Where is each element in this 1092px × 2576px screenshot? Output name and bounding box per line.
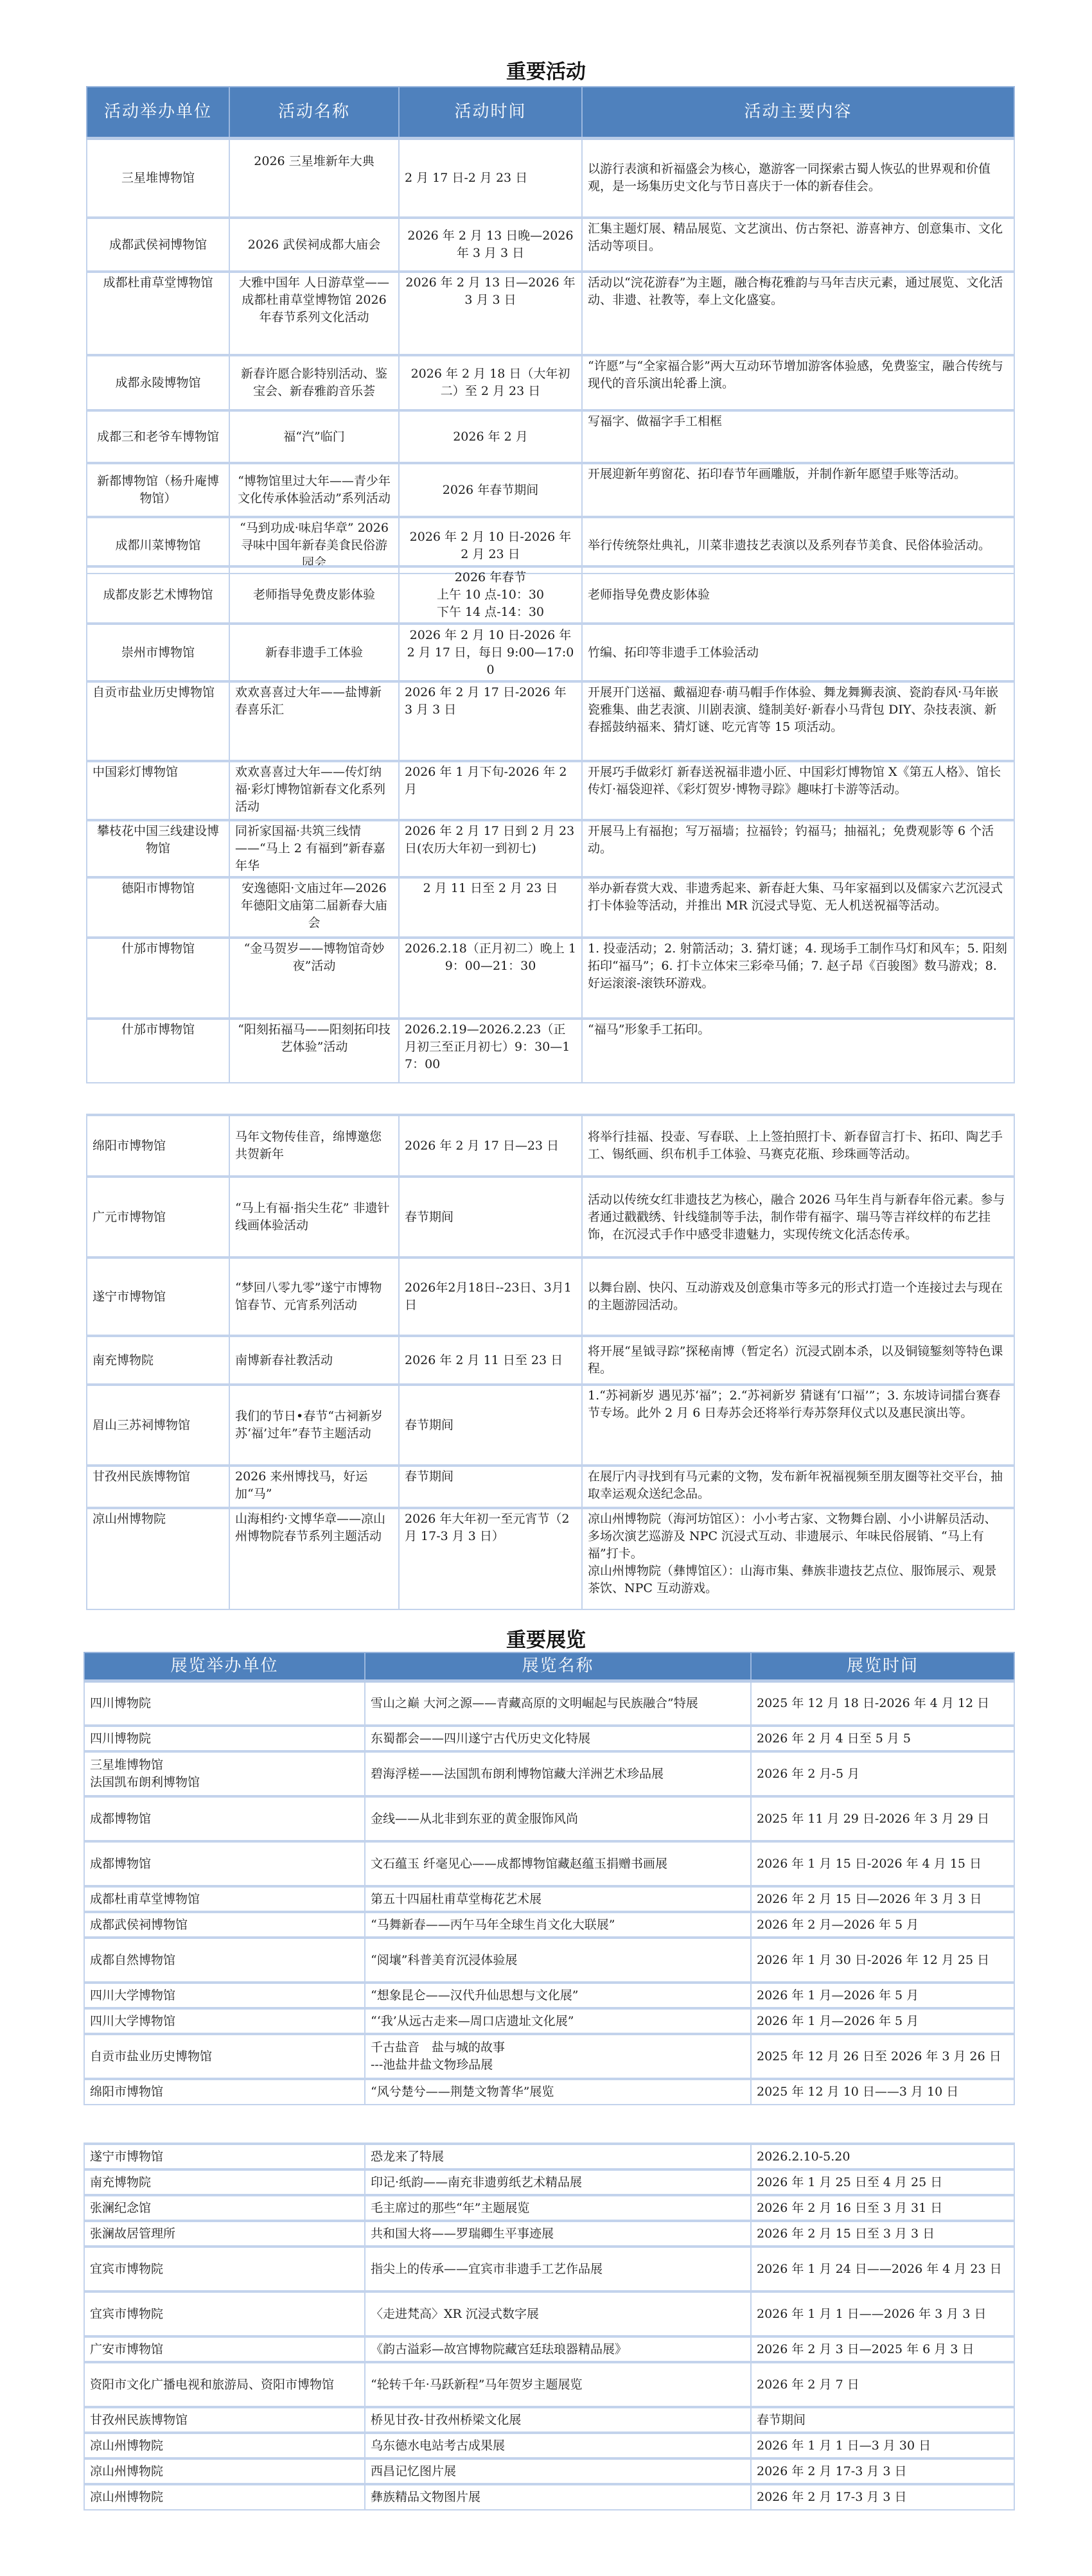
exhibition-time-cell: 2026 年 1 月 25 日至 4 月 25 日 xyxy=(751,2169,1014,2195)
exhibition-organizer-cell: 凉山州博物院 xyxy=(84,2484,365,2510)
activity-content-cell: 开展迎新年剪窗花、拓印春节年画雕版，并制作新年愿望手账等活动。 xyxy=(582,463,1014,517)
table-row: 新都博物馆（杨升庵博物馆） “博物馆里过大年——青少年文化传承体验活动”系列活动… xyxy=(87,463,1014,517)
activity-content-cell: 在展厅内寻找到有马元素的文物，发布新年祝福视频至朋友圈等社交平台，抽取幸运观众送… xyxy=(582,1466,1014,1508)
activity-time-cell: 2026 年 2 月 13 日晚—2026 年 3 月 3 日 xyxy=(399,218,582,272)
table-row: 张澜故居管理所 共和国大将——罗瑞卿生平事迹展 2026 年 2 月 15 日至… xyxy=(84,2221,1014,2247)
exhibition-time-cell: 2026 年 2 月—2026 年 5 月 xyxy=(751,1912,1014,1938)
activity-content-cell: 将开展“星钺寻踪”探秘南博（暂定名）沉浸式剧本杀，以及铜镜錾刻等特色课程。 xyxy=(582,1336,1014,1385)
content-line: 凉山州博物院（彝博馆区）：山海市集、彝族非遗技艺点位、服饰展示、观景茶饮、NPC… xyxy=(588,1563,1008,1597)
activity-name-cell: 我们的节日•春节“古祠新岁 苏‘福’过年”春节主题活动 xyxy=(229,1385,399,1466)
header-activity-name: 活动名称 xyxy=(229,87,399,138)
exhibition-organizer-cell: 张澜故居管理所 xyxy=(84,2221,365,2247)
organizer-cell: 中国彩灯博物馆 xyxy=(87,761,229,820)
organizer-line: 法国凯布朗利博物馆 xyxy=(90,1774,359,1791)
exhibition-time-cell: 2026 年 2 月 17-3 月 3 日 xyxy=(751,2484,1014,2510)
exhibition-organizer-cell: 三星堆博物馆 法国凯布朗利博物馆 xyxy=(84,1751,365,1796)
exhibition-name-cell: 金线——从北非到东亚的黄金服饰风尚 xyxy=(365,1796,751,1841)
time-line: 2026 年春节 xyxy=(405,569,576,586)
activity-name-cell: 2026 武侯祠成都大庙会 xyxy=(229,218,399,272)
activity-time-cell: 春节期间 xyxy=(399,1385,582,1466)
table-row: 三星堆博物馆 法国凯布朗利博物馆 碧海浮槎——法国凯布朗利博物馆藏大洋洲艺术珍品… xyxy=(84,1751,1014,1796)
activity-name-cell: 2026 三星堆新年大典 xyxy=(229,138,399,218)
table-row: 四川大学博物馆 “‘我’从远古走来—周口店遗址文化展” 2026 年 1 月—2… xyxy=(84,2008,1014,2034)
organizer-cell: 成都皮影艺术博物馆 xyxy=(87,566,229,624)
organizer-cell: 什邡市博物馆 xyxy=(87,938,229,1019)
exhibition-time-cell: 2026 年 2 月 15 日—2026 年 3 月 3 日 xyxy=(751,1886,1014,1912)
activity-name-cell: 马年文物传佳音，绵博邀您共贺新年 xyxy=(229,1115,399,1177)
activity-content-cell: 1. 投壶活动；2. 射箭活动；3. 猜灯谜；4. 现场手工制作马灯和风车；5.… xyxy=(582,938,1014,1019)
exhibition-time-cell: 春节期间 xyxy=(751,2407,1014,2433)
organizer-cell: 成都三和老爷车博物馆 xyxy=(87,410,229,463)
exhibition-time-cell: 2026 年 1 月—2026 年 5 月 xyxy=(751,1983,1014,2008)
exhibition-organizer-cell: 成都博物馆 xyxy=(84,1841,365,1886)
exhibition-time-cell: 2026 年 2 月 7 日 xyxy=(751,2362,1014,2407)
exhibition-time-cell: 2026 年 1 月 24 日——2026 年 4 月 23 日 xyxy=(751,2247,1014,2291)
content-line: 凉山州博物院（海河坊馆区）：小小考古家、文物舞台剧、小小讲解员活动、多场次演艺巡… xyxy=(588,1511,1008,1563)
activity-name-cell: 新春许愿合影特别活动、鉴宝会、新春雅韵音乐荟 xyxy=(229,355,399,410)
activity-name-cell: 福“汽”临门 xyxy=(229,410,399,463)
exhibitions-table-part1: 展览举办单位 展览名称 展览时间 四川博物院 雪山之巅 大河之源——青藏高原的文… xyxy=(84,1652,1015,2105)
table-row: 崇州市博物馆 新春非遗手工体验 2026 年 2 月 10 日-2026 年 2… xyxy=(87,624,1014,681)
table-row: 南充博物院 印记·纸韵——南充非遗剪纸艺术精品展 2026 年 1 月 25 日… xyxy=(84,2169,1014,2195)
activity-name-cell: “马上有福·指尖生花” 非遗针线画体验活动 xyxy=(229,1177,399,1257)
activity-content-cell: 1.“苏祠新岁 遇见苏‘福”；2.“苏祠新岁 猜谜有‘口福’”；3. 东坡诗词擂… xyxy=(582,1385,1014,1466)
table-row: 宜宾市博物院 〈走进梵高〉XR 沉浸式数字展 2026 年 1 月 1 日——2… xyxy=(84,2291,1014,2336)
activity-content-cell: 举办新春赏大戏、非遗秀起来、新春赶大集、马年家福到以及儒家六艺沉浸式打卡体验等活… xyxy=(582,877,1014,938)
activity-time-cell: 2026 年 2 月 17 日-2026 年 3 月 3 日 xyxy=(399,681,582,761)
exhibition-name-cell: 恐龙来了特展 xyxy=(365,2144,751,2169)
activity-content-cell: 以游行表演和祈福盛会为核心，邀游客一同探索古蜀人恢弘的世界观和价值观，是一场集历… xyxy=(582,138,1014,218)
activity-name-cell: “金马贺岁——博物馆奇妙夜”活动 xyxy=(229,938,399,1019)
table-row: 四川博物院 东蜀都会——四川遂宁古代历史文化特展 2026 年 2 月 4 日至… xyxy=(84,1726,1014,1751)
activity-time-cell: 2026 年 2 月 10 日-2026 年 2 月 17 日，每日 9:00—… xyxy=(399,624,582,681)
exhibition-name-cell: 《韵古溢彩—故宫博物院藏宫廷珐琅器精品展》 xyxy=(365,2336,751,2362)
organizer-cell: 三星堆博物馆 xyxy=(87,138,229,218)
organizer-cell: 凉山州博物院 xyxy=(87,1508,229,1609)
exhibition-time-cell: 2025 年 12 月 10 日——3 月 10 日 xyxy=(751,2079,1014,2105)
activity-time-cell: 2026 年 2 月 11 日至 23 日 xyxy=(399,1336,582,1385)
activity-content-cell: 竹编、拓印等非遗手工体验活动 xyxy=(582,624,1014,681)
activity-time-cell: 2026 年春节 上午 10 点-10：30 下午 14 点-14：30 xyxy=(399,566,582,624)
table-row: 成都博物馆 文石蕴玉 纤毫见心——成都博物馆藏赵蕴玉捐赠书画展 2026 年 1… xyxy=(84,1841,1014,1886)
exhibition-time-cell: 2026 年 1 月 1 日——2026 年 3 月 3 日 xyxy=(751,2291,1014,2336)
organizer-cell: 德阳市博物馆 xyxy=(87,877,229,938)
exhibition-time-cell: 2026 年 2 月-5 月 xyxy=(751,1751,1014,1796)
activity-time-cell: 2026 年 2 月 13 日—2026 年 3 月 3 日 xyxy=(399,272,582,355)
name-line: ---池盐井盐文物珍品展 xyxy=(371,2056,745,2074)
activity-content-cell: 活动以“浣花游春”为主题，融合梅花雅韵与马年吉庆元素，通过展览、文化活动、非遗、… xyxy=(582,272,1014,355)
table-row: 凉山州博物院 乌东德水电站考古成果展 2026 年 1 月 1 日—3 月 30… xyxy=(84,2433,1014,2458)
activity-content-cell: 活动以传统女红非遗技艺为核心，融合 2026 马年生肖与新春年俗元素。参与者通过… xyxy=(582,1177,1014,1257)
activity-content-cell: 写福字、做福字手工相框 xyxy=(582,410,1014,463)
header-organizer: 活动举办单位 xyxy=(87,87,229,138)
table-row: 眉山三苏祠博物馆 我们的节日•春节“古祠新岁 苏‘福’过年”春节主题活动 春节期… xyxy=(87,1385,1014,1466)
activity-name-cell: 欢欢喜喜过大年——盐博新春喜乐汇 xyxy=(229,681,399,761)
organizer-cell: 成都武侯祠博物馆 xyxy=(87,218,229,272)
activity-name-cell: “阳刻拓福马——阳刻拓印技艺体验”活动 xyxy=(229,1019,399,1083)
activity-name-cell: 2026 来州博找马，好运加“马” xyxy=(229,1466,399,1508)
activity-time-cell: 2026.2.18（正月初二）晚上 19：00—21：30 xyxy=(399,938,582,1019)
table-row: 资阳市文化广播电视和旅游局、资阳市博物馆 “轮转千年·马跃新程”马年贺岁主题展览… xyxy=(84,2362,1014,2407)
exhibition-name-cell: 印记·纸韵——南充非遗剪纸艺术精品展 xyxy=(365,2169,751,2195)
exhibition-name-cell: 碧海浮槎——法国凯布朗利博物馆藏大洋洲艺术珍品展 xyxy=(365,1751,751,1796)
activity-name-cell: “梦回八零九零”遂宁市博物馆春节、元宵系列活动 xyxy=(229,1257,399,1336)
time-line: 上午 10 点-10：30 xyxy=(405,586,576,604)
exhibition-time-cell: 2026.2.10-5.20 xyxy=(751,2144,1014,2169)
activity-time-cell: 2026 年大年初一至元宵节（2 月 17-3 月 3 日） xyxy=(399,1508,582,1609)
exhibition-time-cell: 2026 年 2 月 15 日至 3 月 3 日 xyxy=(751,2221,1014,2247)
activity-time-cell: 2026 年 2 月 17 日到 2 月 23 日(农历大年初一到初七) xyxy=(399,820,582,877)
time-line: 下午 14 点-14：30 xyxy=(405,604,576,621)
table-row: 甘孜州民族博物馆 2026 来州博找马，好运加“马” 春节期间 在展厅内寻找到有… xyxy=(87,1466,1014,1508)
exhibition-name-cell: 指尖上的传承——宜宾市非遗手工艺作品展 xyxy=(365,2247,751,2291)
exhibition-organizer-cell: 四川博物院 xyxy=(84,1681,365,1726)
table-row: 南充博物院 南博新春社教活动 2026 年 2 月 11 日至 23 日 将开展… xyxy=(87,1336,1014,1385)
exhibition-organizer-cell: 宜宾市博物院 xyxy=(84,2247,365,2291)
exhibitions-table-part2: 遂宁市博物馆 恐龙来了特展 2026.2.10-5.20 南充博物院 印记·纸韵… xyxy=(84,2142,1015,2510)
activities-table-part1: 活动举办单位 活动名称 活动时间 活动主要内容 三星堆博物馆 2026 三星堆新… xyxy=(86,86,1015,574)
organizer-cell: 南充博物院 xyxy=(87,1336,229,1385)
exhibitions-title: 重要展览 xyxy=(0,1624,1092,1652)
exhibition-organizer-cell: 南充博物院 xyxy=(84,2169,365,2195)
activity-name-cell: 山海相约·文博华章——凉山州博物院春节系列主题活动 xyxy=(229,1508,399,1609)
exhibition-name-cell: “‘我’从远古走来—周口店遗址文化展” xyxy=(365,2008,751,2034)
exhibition-organizer-cell: 成都博物馆 xyxy=(84,1796,365,1841)
table-row: 成都武侯祠博物馆 “马舞新春——丙午马年全球生肖文化大联展” 2026 年 2 … xyxy=(84,1912,1014,1938)
activity-time-cell: 2026 年 1 月下旬-2026 年 2 月 xyxy=(399,761,582,820)
table-row: 成都武侯祠博物馆 2026 武侯祠成都大庙会 2026 年 2 月 13 日晚—… xyxy=(87,218,1014,272)
exhibition-time-cell: 2026 年 1 月 15 日-2026 年 4 月 15 日 xyxy=(751,1841,1014,1886)
header-exhibition-organizer: 展览举办单位 xyxy=(84,1652,365,1681)
table-row: 绵阳市博物馆 马年文物传佳音，绵博邀您共贺新年 2026 年 2 月 17 日—… xyxy=(87,1115,1014,1177)
table-row: 成都杜甫草堂博物馆 第五十四届杜甫草堂梅花艺术展 2026 年 2 月 15 日… xyxy=(84,1886,1014,1912)
exhibition-organizer-cell: 资阳市文化广播电视和旅游局、资阳市博物馆 xyxy=(84,2362,365,2407)
activity-name-cell: 老师指导免费皮影体验 xyxy=(229,566,399,624)
activity-time-cell: 2 月 11 日至 2 月 23 日 xyxy=(399,877,582,938)
exhibition-name-cell: “风兮楚兮——荆楚文物菁华”展览 xyxy=(365,2079,751,2105)
table-row: 成都皮影艺术博物馆 老师指导免费皮影体验 2026 年春节 上午 10 点-10… xyxy=(87,566,1014,624)
exhibition-time-cell: 2026 年 2 月 16 日至 3 月 31 日 xyxy=(751,2195,1014,2221)
activity-time-cell: 2026 年 2 月 18 日（大年初二）至 2 月 23 日 xyxy=(399,355,582,410)
organizer-cell: 广元市博物馆 xyxy=(87,1177,229,1257)
header-activity-time: 活动时间 xyxy=(399,87,582,138)
exhibition-organizer-cell: 广安市博物馆 xyxy=(84,2336,365,2362)
table-row: 攀枝花中国三线建设博物馆 同祈家国福·共筑三线情——“马上 2 有福到”新春嘉年… xyxy=(87,820,1014,877)
organizer-cell: 成都杜甫草堂博物馆 xyxy=(87,272,229,355)
activities-table-part2: 成都皮影艺术博物馆 老师指导免费皮影体验 2026 年春节 上午 10 点-10… xyxy=(86,565,1015,1083)
header-exhibition-name: 展览名称 xyxy=(365,1652,751,1681)
organizer-cell: 攀枝花中国三线建设博物馆 xyxy=(87,820,229,877)
table-row: 什邡市博物馆 “金马贺岁——博物馆奇妙夜”活动 2026.2.18（正月初二）晚… xyxy=(87,938,1014,1019)
activities-table-part3: 绵阳市博物馆 马年文物传佳音，绵博邀您共贺新年 2026 年 2 月 17 日—… xyxy=(86,1114,1015,1610)
activity-name-cell: 南博新春社教活动 xyxy=(229,1336,399,1385)
exhibition-name-cell: 彝族精品文物图片展 xyxy=(365,2484,751,2510)
activities-header-row: 活动举办单位 活动名称 活动时间 活动主要内容 xyxy=(87,87,1014,138)
name-line: 千古盐音 盐与城的故事 xyxy=(371,2039,745,2056)
organizer-cell: 什邡市博物馆 xyxy=(87,1019,229,1083)
activity-content-cell: 开展巧手做彩灯 新春送祝福非遗小匠、中国彩灯博物馆 X《第五人格》、馆长传灯·福… xyxy=(582,761,1014,820)
table-row: 广元市博物馆 “马上有福·指尖生花” 非遗针线画体验活动 春节期间 活动以传统女… xyxy=(87,1177,1014,1257)
exhibition-organizer-cell: 凉山州博物院 xyxy=(84,2458,365,2484)
table-row: 自贡市盐业历史博物馆 欢欢喜喜过大年——盐博新春喜乐汇 2026 年 2 月 1… xyxy=(87,681,1014,761)
table-row: 绵阳市博物馆 “风兮楚兮——荆楚文物菁华”展览 2025 年 12 月 10 日… xyxy=(84,2079,1014,2105)
activity-name-cell: 同祈家国福·共筑三线情——“马上 2 有福到”新春嘉年华 xyxy=(229,820,399,877)
table-row: 成都杜甫草堂博物馆 大雅中国年 人日游草堂——成都杜甫草堂博物馆 2026 年春… xyxy=(87,272,1014,355)
activity-time-cell: 2026 年春节期间 xyxy=(399,463,582,517)
organizer-cell: 崇州市博物馆 xyxy=(87,624,229,681)
exhibition-organizer-cell: 凉山州博物院 xyxy=(84,2433,365,2458)
exhibition-name-cell: 〈走进梵高〉XR 沉浸式数字展 xyxy=(365,2291,751,2336)
table-row: 遂宁市博物馆 “梦回八零九零”遂宁市博物馆春节、元宵系列活动 2026年2月18… xyxy=(87,1257,1014,1336)
exhibition-name-cell: 文石蕴玉 纤毫见心——成都博物馆藏赵蕴玉捐赠书画展 xyxy=(365,1841,751,1886)
organizer-cell: 甘孜州民族博物馆 xyxy=(87,1466,229,1508)
exhibition-organizer-cell: 宜宾市博物院 xyxy=(84,2291,365,2336)
exhibition-time-cell: 2026 年 1 月 1 日—3 月 30 日 xyxy=(751,2433,1014,2458)
exhibition-name-cell: 西昌记忆图片展 xyxy=(365,2458,751,2484)
exhibition-time-cell: 2026 年 1 月—2026 年 5 月 xyxy=(751,2008,1014,2034)
organizer-line: 三星堆博物馆 xyxy=(90,1757,359,1774)
exhibition-name-cell: 雪山之巅 大河之源——青藏高原的文明崛起与民族融合”特展 xyxy=(365,1681,751,1726)
activity-content-cell: 以舞台剧、快闪、互动游戏及创意集市等多元的形式打造一个连接过去与现在的主题游园活… xyxy=(582,1257,1014,1336)
table-row: 三星堆博物馆 2026 三星堆新年大典 2 月 17 日-2 月 23 日 以游… xyxy=(87,138,1014,218)
exhibition-name-cell: “想象昆仑——汉代升仙思想与文化展” xyxy=(365,1983,751,2008)
exhibition-time-cell: 2026 年 1 月 30 日-2026 年 12 月 25 日 xyxy=(751,1938,1014,1983)
exhibition-organizer-cell: 甘孜州民族博物馆 xyxy=(84,2407,365,2433)
activity-content-cell: “福马”形象手工拓印。 xyxy=(582,1019,1014,1083)
activity-content-cell: 凉山州博物院（海河坊馆区）：小小考古家、文物舞台剧、小小讲解员活动、多场次演艺巡… xyxy=(582,1508,1014,1609)
activity-time-cell: 2 月 17 日-2 月 23 日 xyxy=(399,138,582,218)
exhibition-name-cell: 乌东德水电站考古成果展 xyxy=(365,2433,751,2458)
exhibition-organizer-cell: 绵阳市博物馆 xyxy=(84,2079,365,2105)
exhibition-name-cell: 共和国大将——罗瑞卿生平事迹展 xyxy=(365,2221,751,2247)
exhibition-time-cell: 2026 年 2 月 4 日至 5 月 5 xyxy=(751,1726,1014,1751)
organizer-cell: 眉山三苏祠博物馆 xyxy=(87,1385,229,1466)
activity-name-cell: 欢欢喜喜过大年——传灯纳福·彩灯博物馆新春文化系列活动 xyxy=(229,761,399,820)
table-row: 宜宾市博物院 指尖上的传承——宜宾市非遗手工艺作品展 2026 年 1 月 24… xyxy=(84,2247,1014,2291)
activity-time-cell: 春节期间 xyxy=(399,1177,582,1257)
header-activity-content: 活动主要内容 xyxy=(582,87,1014,138)
organizer-cell: 遂宁市博物馆 xyxy=(87,1257,229,1336)
exhibition-name-cell: 千古盐音 盐与城的故事 ---池盐井盐文物珍品展 xyxy=(365,2034,751,2079)
activity-name-cell: 新春非遗手工体验 xyxy=(229,624,399,681)
table-row: 德阳市博物馆 安逸德阳·文庙过年—2026 年德阳文庙第二届新春大庙会 2 月 … xyxy=(87,877,1014,938)
table-row: 成都三和老爷车博物馆 福“汽”临门 2026 年 2 月 写福字、做福字手工相框 xyxy=(87,410,1014,463)
table-row: 自贡市盐业历史博物馆 千古盐音 盐与城的故事 ---池盐井盐文物珍品展 2025… xyxy=(84,2034,1014,2079)
table-row: 张澜纪念馆 毛主席过的那些“年”主题展览 2026 年 2 月 16 日至 3 … xyxy=(84,2195,1014,2221)
exhibition-organizer-cell: 成都自然博物馆 xyxy=(84,1938,365,1983)
table-row: 甘孜州民族博物馆 桥见甘孜-甘孜州桥梁文化展 春节期间 xyxy=(84,2407,1014,2433)
exhibition-name-cell: 桥见甘孜-甘孜州桥梁文化展 xyxy=(365,2407,751,2433)
activity-time-cell: 2026 年 2 月 17 日—23 日 xyxy=(399,1115,582,1177)
activity-time-cell: 春节期间 xyxy=(399,1466,582,1508)
table-row: 中国彩灯博物馆 欢欢喜喜过大年——传灯纳福·彩灯博物馆新春文化系列活动 2026… xyxy=(87,761,1014,820)
table-row: 四川大学博物馆 “想象昆仑——汉代升仙思想与文化展” 2026 年 1 月—20… xyxy=(84,1983,1014,2008)
exhibition-time-cell: 2026 年 2 月 17-3 月 3 日 xyxy=(751,2458,1014,2484)
exhibition-time-cell: 2025 年 12 月 18 日-2026 年 4 月 12 日 xyxy=(751,1681,1014,1726)
exhibition-time-cell: 2026 年 2 月 3 日—2025 年 6 月 3 日 xyxy=(751,2336,1014,2362)
organizer-cell: 绵阳市博物馆 xyxy=(87,1115,229,1177)
organizer-cell: 成都永陵博物馆 xyxy=(87,355,229,410)
exhibitions-header-row: 展览举办单位 展览名称 展览时间 xyxy=(84,1652,1014,1681)
exhibition-organizer-cell: 四川博物院 xyxy=(84,1726,365,1751)
exhibition-organizer-cell: 自贡市盐业历史博物馆 xyxy=(84,2034,365,2079)
activity-time-cell: 2026.2.19—2026.2.23（正月初三至正月初七）9：30—17：00 xyxy=(399,1019,582,1083)
header-exhibition-time: 展览时间 xyxy=(751,1652,1014,1681)
exhibition-organizer-cell: 四川大学博物馆 xyxy=(84,1983,365,2008)
organizer-cell: 自贡市盐业历史博物馆 xyxy=(87,681,229,761)
activity-name-cell: 大雅中国年 人日游草堂——成都杜甫草堂博物馆 2026 年春节系列文化活动 xyxy=(229,272,399,355)
table-row: 成都永陵博物馆 新春许愿合影特别活动、鉴宝会、新春雅韵音乐荟 2026 年 2 … xyxy=(87,355,1014,410)
exhibition-organizer-cell: 成都武侯祠博物馆 xyxy=(84,1912,365,1938)
exhibition-organizer-cell: 遂宁市博物馆 xyxy=(84,2144,365,2169)
table-row: 四川博物院 雪山之巅 大河之源——青藏高原的文明崛起与民族融合”特展 2025 … xyxy=(84,1681,1014,1726)
exhibition-name-cell: “马舞新春——丙午马年全球生肖文化大联展” xyxy=(365,1912,751,1938)
table-row: 遂宁市博物馆 恐龙来了特展 2026.2.10-5.20 xyxy=(84,2144,1014,2169)
table-row: 成都博物馆 金线——从北非到东亚的黄金服饰风尚 2025 年 11 月 29 日… xyxy=(84,1796,1014,1841)
activity-content-cell: 开展马上有福抱；写万福墙；拉福铃；钓福马；抽福礼；免费观影等 6 个活动。 xyxy=(582,820,1014,877)
activity-time-cell: 2026 年 2 月 xyxy=(399,410,582,463)
exhibition-name-cell: 东蜀都会——四川遂宁古代历史文化特展 xyxy=(365,1726,751,1751)
activity-name-cell: “博物馆里过大年——青少年文化传承体验活动”系列活动 xyxy=(229,463,399,517)
table-row: 凉山州博物院 山海相约·文博华章——凉山州博物院春节系列主题活动 2026 年大… xyxy=(87,1508,1014,1609)
exhibition-name-cell: 毛主席过的那些“年”主题展览 xyxy=(365,2195,751,2221)
table-row: 广安市博物馆 《韵古溢彩—故宫博物院藏宫廷珐琅器精品展》 2026 年 2 月 … xyxy=(84,2336,1014,2362)
table-row: 什邡市博物馆 “阳刻拓福马——阳刻拓印技艺体验”活动 2026.2.19—202… xyxy=(87,1019,1014,1083)
organizer-cell: 新都博物馆（杨升庵博物馆） xyxy=(87,463,229,517)
activities-title: 重要活动 xyxy=(0,55,1092,84)
exhibition-name-cell: 第五十四届杜甫草堂梅花艺术展 xyxy=(365,1886,751,1912)
table-row: 凉山州博物院 西昌记忆图片展 2026 年 2 月 17-3 月 3 日 xyxy=(84,2458,1014,2484)
table-row: 成都自然博物馆 “阅壤”科普美育沉浸体验展 2026 年 1 月 30 日-20… xyxy=(84,1938,1014,1983)
exhibition-organizer-cell: 成都杜甫草堂博物馆 xyxy=(84,1886,365,1912)
exhibition-time-cell: 2025 年 11 月 29 日-2026 年 3 月 29 日 xyxy=(751,1796,1014,1841)
exhibition-name-cell: “轮转千年·马跃新程”马年贺岁主题展览 xyxy=(365,2362,751,2407)
activity-content-cell: 汇集主题灯展、精品展览、文艺演出、仿古祭祀、游喜神方、创意集市、文化活动等项目。 xyxy=(582,218,1014,272)
table-row: 凉山州博物院 彝族精品文物图片展 2026 年 2 月 17-3 月 3 日 xyxy=(84,2484,1014,2510)
exhibition-organizer-cell: 张澜纪念馆 xyxy=(84,2195,365,2221)
activity-content-cell: “许愿”与“全家福合影”两大互动环节增加游客体验感，免费鉴宝，融合传统与现代的音… xyxy=(582,355,1014,410)
exhibition-time-cell: 2025 年 12 月 26 日至 2026 年 3 月 26 日 xyxy=(751,2034,1014,2079)
exhibition-name-cell: “阅壤”科普美育沉浸体验展 xyxy=(365,1938,751,1983)
activity-name-cell: 安逸德阳·文庙过年—2026 年德阳文庙第二届新春大庙会 xyxy=(229,877,399,938)
activity-content-cell: 开展开门送福、戴福迎春·萌马帽手作体验、舞龙舞狮表演、瓷韵春风·马年嵌瓷雅集、曲… xyxy=(582,681,1014,761)
exhibition-organizer-cell: 四川大学博物馆 xyxy=(84,2008,365,2034)
activity-content-cell: 老师指导免费皮影体验 xyxy=(582,566,1014,624)
activity-content-cell: 将举行挂福、投壶、写春联、上上签拍照打卡、新春留言打卡、拓印、陶艺手工、锡纸画、… xyxy=(582,1115,1014,1177)
activity-time-cell: 2026年2月18日--23日、3月1日 xyxy=(399,1257,582,1336)
